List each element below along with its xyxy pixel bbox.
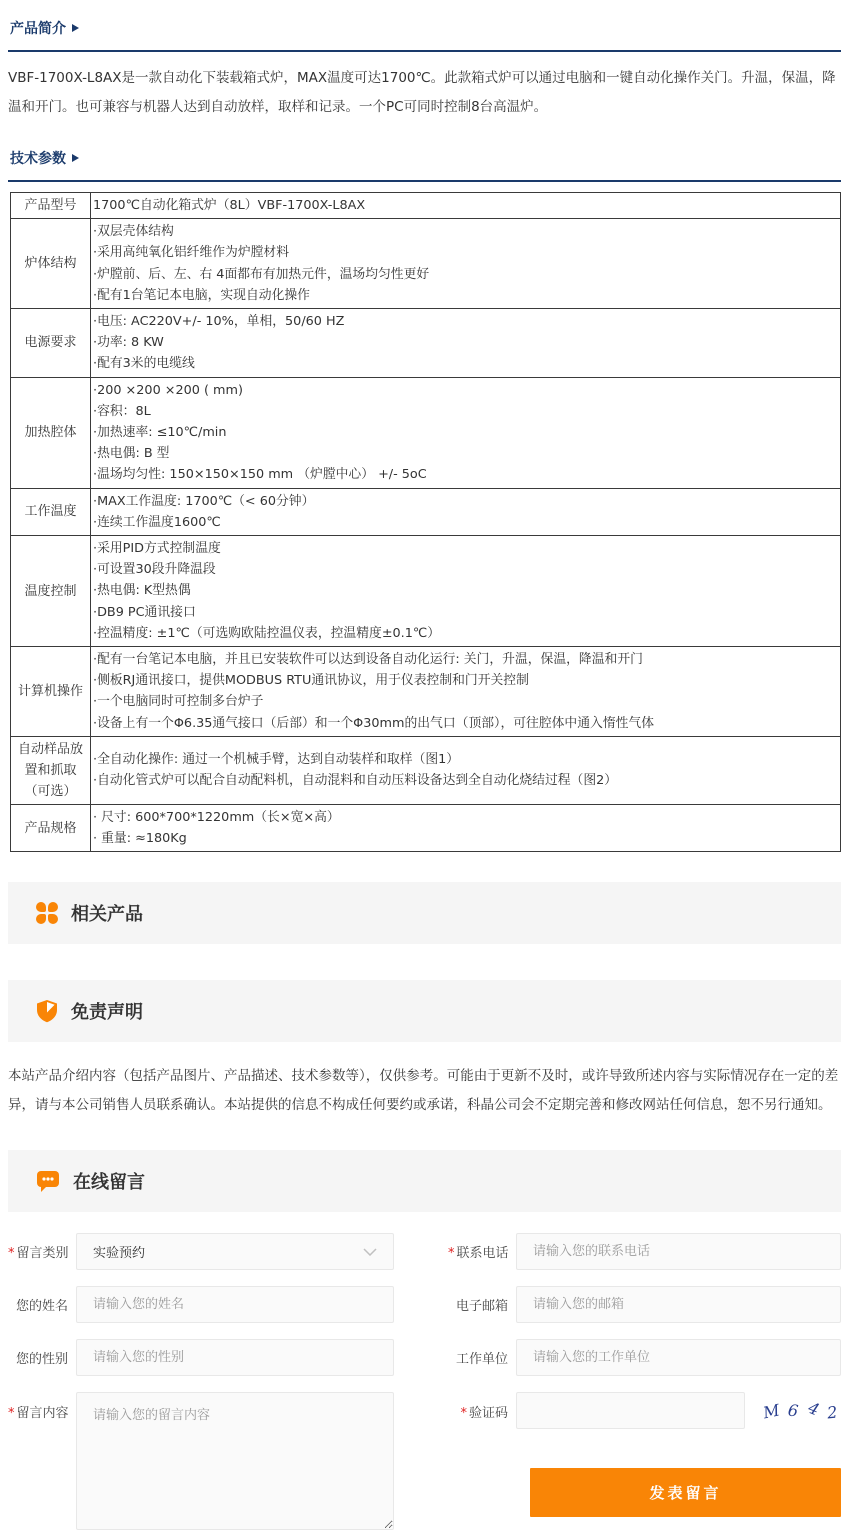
spec-value: ·采用PID方式控制温度·可设置30段升降温段·热电偶: K型热偶·DB9 PC…: [91, 536, 841, 647]
message-category-value: 实验预约: [93, 1242, 145, 1261]
spec-row: 产品型号1700℃自动化箱式炉（8L）VBF-1700X-L8AX: [11, 193, 841, 219]
spec-line: ·侧板RJ通讯接口，提供MODBUS RTU通讯协议，用于仪表控制和门开关控制: [93, 670, 836, 691]
spec-line: ·温场均匀性: 150×150×150 mm （炉膛中心） +/- 5oC: [93, 464, 836, 485]
spec-line: ·采用高纯氧化铝纤维作为炉膛材料: [93, 242, 836, 263]
product-detail-page: 产品简介 VBF-1700X-L8AX是一款自动化下装载箱式炉，MAX温度可达1…: [0, 0, 849, 1530]
captcha-char: 2: [826, 1403, 838, 1423]
spec-value: ·电压: AC220V+/- 10%，单相，50/60 HZ·功率: 8 KW·…: [91, 309, 841, 378]
email-label: 电子邮箱: [448, 1295, 508, 1314]
spec-row: 温度控制·采用PID方式控制温度·可设置30段升降温段·热电偶: K型热偶·DB…: [11, 536, 841, 647]
spec-line: ·容积：8L: [93, 401, 836, 422]
required-mark: *: [448, 1246, 455, 1261]
intro-paragraph: VBF-1700X-L8AX是一款自动化下装载箱式炉，MAX温度可达1700℃。…: [8, 64, 841, 122]
gender-label: 您的性别: [8, 1348, 68, 1367]
related-products-banner: 相关产品: [8, 882, 841, 944]
work-unit-input[interactable]: [516, 1339, 841, 1376]
spec-label: 自动样品放置和抓取（可选）: [11, 736, 91, 804]
phone-input[interactable]: [516, 1233, 841, 1270]
spec-line: ·配有1台笔记本电脑，实现自动化操作: [93, 285, 836, 306]
spec-value: ·200 ×200 ×200 ( mm)·容积：8L·加热速率: ≤10℃/mi…: [91, 377, 841, 488]
spec-row: 自动样品放置和抓取（可选）·全自动化操作: 通过一个机械手臂，达到自动装样和取样…: [11, 736, 841, 804]
spec-row: 电源要求·电压: AC220V+/- 10%，单相，50/60 HZ·功率: 8…: [11, 309, 841, 378]
captcha-label: *验证码: [448, 1402, 508, 1421]
disclaimer-banner: 免责声明: [8, 980, 841, 1042]
spec-row: 炉体结构·双层壳体结构·采用高纯氧化铝纤维作为炉膛材料·炉膛前、后、左、右 4面…: [11, 219, 841, 309]
spec-line: ·控温精度: ±1℃（可选购欧陆控温仪表，控温精度±0.1℃）: [93, 623, 836, 644]
phone-label: *联系电话: [448, 1242, 508, 1261]
form-row-name: 您的姓名: [8, 1286, 394, 1323]
spec-table: 产品型号1700℃自动化箱式炉（8L）VBF-1700X-L8AX炉体结构·双层…: [10, 192, 841, 852]
triangle-right-icon: [72, 24, 79, 32]
spec-row: 加热腔体·200 ×200 ×200 ( mm)·容积：8L·加热速率: ≤10…: [11, 377, 841, 488]
captcha-input[interactable]: [516, 1392, 745, 1429]
chevron-down-icon: [363, 1248, 377, 1256]
form-row-phone: *联系电话: [448, 1233, 841, 1270]
specs-heading: 技术参数: [8, 144, 841, 182]
category-label: *留言类别: [8, 1242, 68, 1261]
spec-value: ·全自动化操作: 通过一个机械手臂，达到自动装样和取样（图1）·自动化管式炉可以…: [91, 736, 841, 804]
form-row-category: *留言类别 实验预约: [8, 1233, 394, 1270]
chat-bubble-icon: [36, 1170, 60, 1193]
required-mark: *: [460, 1406, 467, 1421]
spec-label: 工作温度: [11, 488, 91, 535]
captcha-char: M: [761, 1401, 781, 1423]
message-content-textarea[interactable]: [76, 1392, 394, 1530]
spec-value: 1700℃自动化箱式炉（8L）VBF-1700X-L8AX: [91, 193, 841, 219]
spec-line: ·加热速率: ≤10℃/min: [93, 422, 836, 443]
captcha-char: 6: [787, 1401, 799, 1421]
spec-line: ·自动化管式炉可以配合自动配料机，自动混料和自动压料设备达到全自动化烧结过程（图…: [93, 770, 836, 791]
spec-line: ·双层壳体结构: [93, 221, 836, 242]
name-label: 您的姓名: [8, 1295, 68, 1314]
related-products-grid-icon: [36, 902, 58, 924]
shield-icon: [36, 999, 58, 1023]
intro-title: 产品简介: [10, 18, 66, 38]
spec-label: 产品规格: [11, 804, 91, 851]
online-message-title: 在线留言: [73, 1168, 145, 1194]
spec-line: · 重量: ≈180Kg: [93, 828, 836, 849]
required-mark: *: [8, 1406, 15, 1421]
triangle-right-icon: [72, 154, 79, 162]
content-label: *留言内容: [8, 1402, 68, 1421]
spec-line: 1700℃自动化箱式炉（8L）VBF-1700X-L8AX: [93, 195, 836, 216]
spec-value: ·MAX工作温度: 1700℃（< 60分钟）·连续工作温度1600℃: [91, 488, 841, 535]
spec-row: 产品规格· 尺寸: 600*700*1220mm（长×宽×高）· 重量: ≈18…: [11, 804, 841, 851]
spec-label: 产品型号: [11, 193, 91, 219]
spec-row: 计算机操作·配有一台笔记本电脑，并且已安装软件可以达到设备自动化运行: 关门，升…: [11, 647, 841, 737]
spec-line: ·配有3米的电缆线: [93, 353, 836, 374]
spec-line: ·配有一台笔记本电脑，并且已安装软件可以达到设备自动化运行: 关门，升温，保温，…: [93, 649, 836, 670]
spec-label: 电源要求: [11, 309, 91, 378]
specs-title: 技术参数: [10, 148, 66, 168]
spec-line: · 尺寸: 600*700*1220mm（长×宽×高）: [93, 807, 836, 828]
spec-line: ·DB9 PC通讯接口: [93, 602, 836, 623]
form-row-content: *留言内容: [8, 1392, 394, 1530]
form-row-captcha-submit: *验证码 M642 发表留言: [448, 1392, 841, 1530]
spec-line: ·功率: 8 KW: [93, 332, 836, 353]
form-row-email: 电子邮箱: [448, 1286, 841, 1323]
spec-label: 温度控制: [11, 536, 91, 647]
disclaimer-paragraph: 本站产品介绍内容（包括产品图片、产品描述、技术参数等），仅供参考。可能由于更新不…: [8, 1062, 841, 1120]
spec-value: ·双层壳体结构·采用高纯氧化铝纤维作为炉膛材料·炉膛前、后、左、右 4面都布有加…: [91, 219, 841, 309]
spec-value: ·配有一台笔记本电脑，并且已安装软件可以达到设备自动化运行: 关门，升温，保温，…: [91, 647, 841, 737]
spec-line: ·设备上有一个Φ6.35通气接口（后部）和一个Φ30mm的出气口（顶部），可往腔…: [93, 713, 836, 734]
spec-line: ·电压: AC220V+/- 10%，单相，50/60 HZ: [93, 311, 836, 332]
spec-line: ·全自动化操作: 通过一个机械手臂，达到自动装样和取样（图1）: [93, 749, 836, 770]
spec-line: ·一个电脑同时可控制多台炉子: [93, 691, 836, 712]
message-form: *留言类别 实验预约 *联系电话 您的姓名 电子邮箱 您的性别: [8, 1233, 841, 1530]
spec-line: ·连续工作温度1600℃: [93, 512, 836, 533]
required-mark: *: [8, 1246, 15, 1261]
form-row-unit: 工作单位: [448, 1339, 841, 1376]
message-category-select[interactable]: 实验预约: [76, 1233, 394, 1270]
spec-label: 炉体结构: [11, 219, 91, 309]
disclaimer-title: 免责声明: [71, 998, 143, 1024]
spec-line: ·200 ×200 ×200 ( mm): [93, 380, 836, 401]
gender-input[interactable]: [76, 1339, 394, 1376]
form-row-gender: 您的性别: [8, 1339, 394, 1376]
spec-row: 工作温度·MAX工作温度: 1700℃（< 60分钟）·连续工作温度1600℃: [11, 488, 841, 535]
email-input[interactable]: [516, 1286, 841, 1323]
captcha-char: 4: [805, 1398, 822, 1419]
name-input[interactable]: [76, 1286, 394, 1323]
submit-message-button[interactable]: 发表留言: [530, 1468, 841, 1517]
online-message-banner: 在线留言: [8, 1150, 841, 1212]
captcha-image[interactable]: M642: [759, 1396, 841, 1426]
work-unit-label: 工作单位: [448, 1348, 508, 1367]
spec-line: ·热电偶: B 型: [93, 443, 836, 464]
spec-line: ·热电偶: K型热偶: [93, 580, 836, 601]
spec-line: ·MAX工作温度: 1700℃（< 60分钟）: [93, 491, 836, 512]
spec-label: 计算机操作: [11, 647, 91, 737]
spec-label: 加热腔体: [11, 377, 91, 488]
spec-line: ·采用PID方式控制温度: [93, 538, 836, 559]
spec-line: ·可设置30段升降温段: [93, 559, 836, 580]
intro-heading: 产品简介: [8, 14, 841, 52]
spec-line: ·炉膛前、后、左、右 4面都布有加热元件，温场均匀性更好: [93, 264, 836, 285]
spec-value: · 尺寸: 600*700*1220mm（长×宽×高）· 重量: ≈180Kg: [91, 804, 841, 851]
related-products-title: 相关产品: [71, 900, 143, 926]
